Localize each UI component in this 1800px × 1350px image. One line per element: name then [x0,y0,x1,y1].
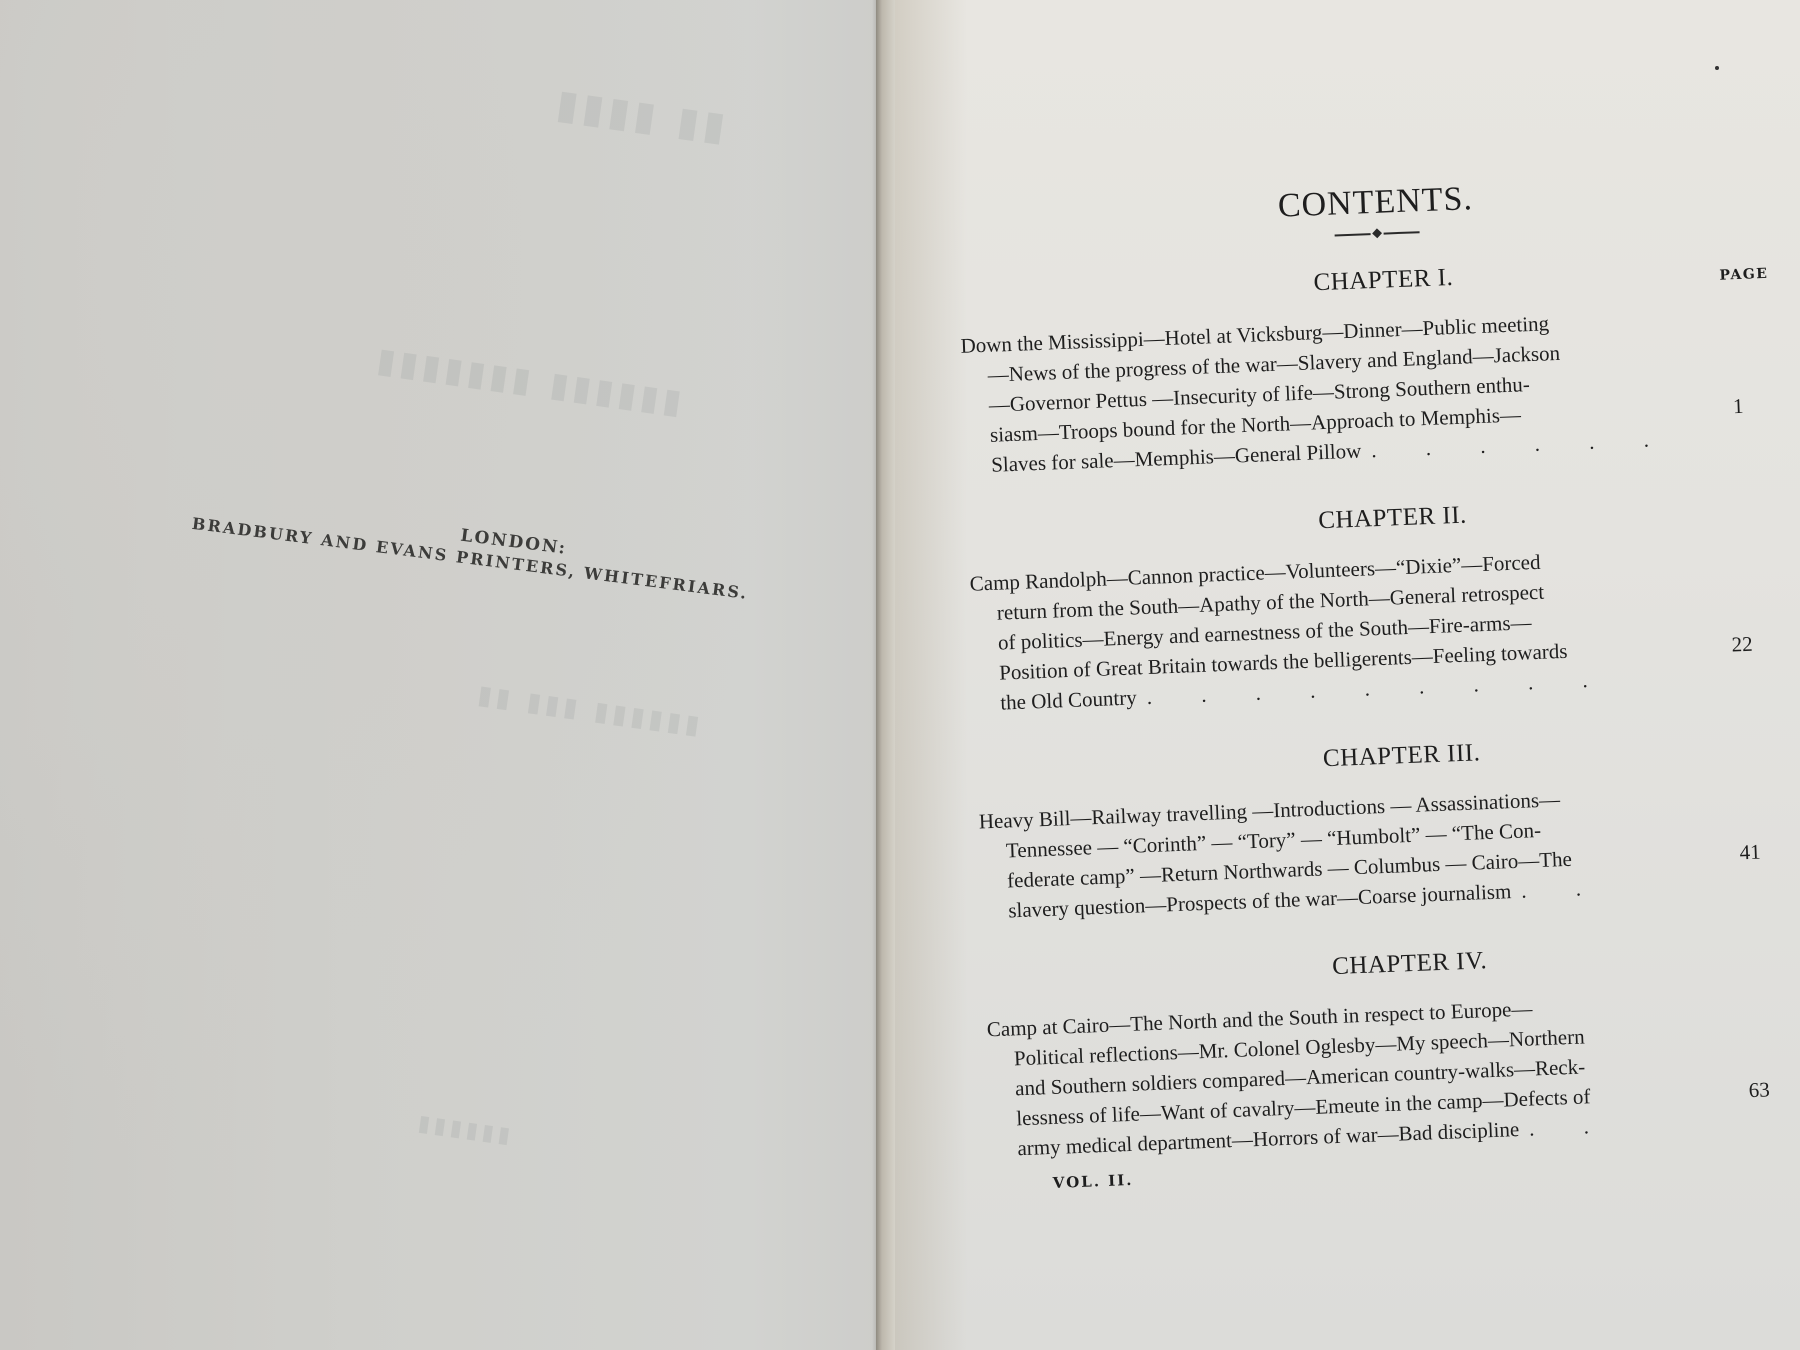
dot-leaders: . . [1511,876,1604,904]
left-page: ▮▮▮▮ ▮▮ ▮▮▮▮▮▮▮ ▮▮▮▮▮▮ ▮▮ ▮▮▮ ▮▮▮▮▮▮ ▮▮▮… [0,0,880,1350]
open-book-spread: ▮▮▮▮ ▮▮ ▮▮▮▮▮▮▮ ▮▮▮▮▮▮ ▮▮ ▮▮▮ ▮▮▮▮▮▮ ▮▮▮… [0,0,1800,1350]
chapter-heading: CHAPTER I. [958,253,1738,311]
dot-leaders: . . [1519,1114,1612,1142]
page-column-label: PAGE [1719,266,1769,284]
chapter-entry: CHAPTER I. PAGE Down the Mississippi—Hot… [958,253,1745,481]
showthrough-bleed: ▮▮ ▮▮▮ ▮▮▮▮▮▮ [476,680,705,741]
chapter-heading: CHAPTER IV. [984,936,1764,994]
printer-imprint: LONDON: BRADBURY AND EVANS PRINTERS, WHI… [191,492,791,608]
summary-last-text: the Old Country [1000,685,1137,714]
contents-title: CONTENTS. [955,170,1736,238]
chapter-summary: Camp at Cairo—The North and the South in… [986,984,1771,1164]
chapter-entry: CHAPTER IV. Camp at Cairo—The North and … [984,936,1772,1194]
chapter-entry: CHAPTER III. Heavy Bill—Railway travelli… [976,729,1762,927]
rule-left [1334,233,1370,236]
signature-mark: VOL. II. [1052,1171,1133,1192]
chapter-heading: CHAPTER II. [967,491,1748,549]
chapter-summary: Heavy Bill—Railway travelling —Introduct… [978,777,1762,927]
showthrough-bleed: ▮▮▮▮ ▮▮ [553,80,732,151]
showthrough-bleed: ▮▮▮▮▮▮ [416,1110,515,1149]
page-number: 63 [1748,1074,1770,1105]
diamond-icon [1372,228,1382,238]
chapter-summary: Camp Randolph—Cannon practice—Volunteers… [969,539,1754,719]
page-number: 41 [1739,837,1761,868]
table-of-contents: CONTENTS. CHAPTER I. PAGE Down the Missi… [955,170,1774,1234]
paper-speck [1715,66,1719,70]
chapter-heading: CHAPTER III. [976,729,1756,787]
right-page: CONTENTS. CHAPTER I. PAGE Down the Missi… [895,0,1800,1350]
page-number: 1 [1732,391,1744,421]
chapter-entry: CHAPTER II. Camp Randolph—Cannon practic… [967,491,1754,719]
rule-right [1383,231,1419,234]
page-number: 22 [1731,629,1753,660]
chapter-summary: Down the Mississippi—Hotel at Vicksburg—… [960,301,1745,481]
showthrough-bleed: ▮▮▮▮▮▮▮ ▮▮▮▮▮▮ [374,340,688,423]
